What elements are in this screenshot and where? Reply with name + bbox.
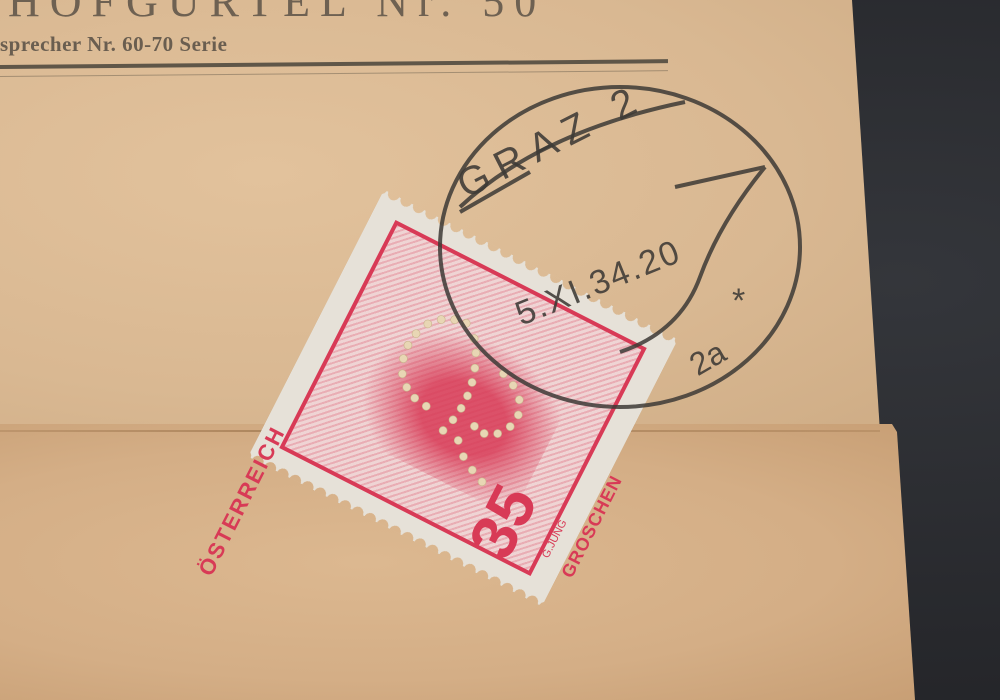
letterhead-line-1: HOFGÜRTEL Nr. 50 bbox=[8, 0, 546, 27]
postmark-star-icon: * bbox=[732, 282, 745, 321]
letterhead-line-2: sprecher Nr. 60-70 Serie bbox=[0, 32, 227, 57]
letterhead-rule-thin bbox=[0, 70, 668, 77]
letterhead-rule bbox=[0, 59, 668, 69]
